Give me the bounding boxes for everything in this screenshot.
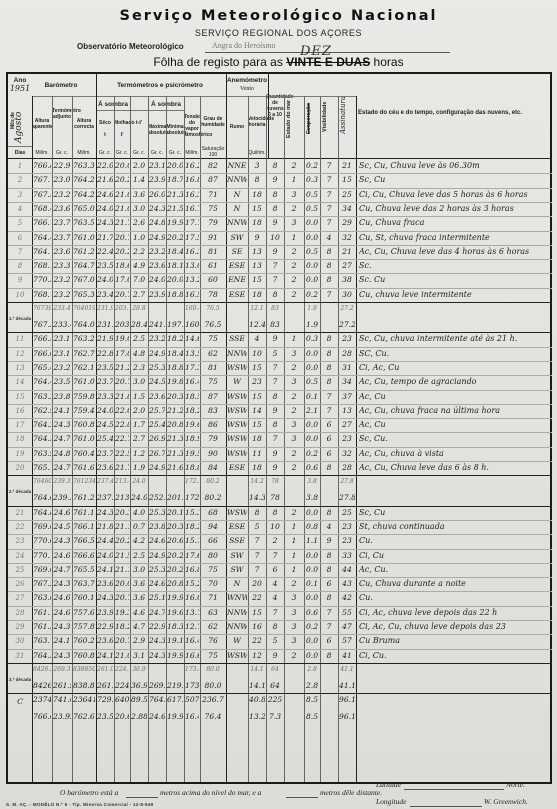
cell-min: 19.8 (167, 375, 183, 389)
cell-min: 20.2 (167, 549, 183, 563)
summary-seco: 237.4 (97, 475, 113, 489)
month-alt-ap: 2374630 (33, 693, 51, 707)
cell-alt-ap: 767.20 (33, 577, 51, 591)
cell-obs: Sc, Cu. (359, 432, 553, 446)
molhado-symbol: t' (114, 132, 130, 138)
cell-vis: 8 (321, 245, 337, 259)
row-divider (32, 96, 356, 97)
cell-seco: 23.4 (97, 288, 113, 302)
cell-ass: 27 (339, 259, 355, 273)
cell-molh: 20.2 (115, 245, 129, 259)
cell-tensao: 17.3 (185, 361, 199, 375)
cell-obs: Ci, Cu. (359, 649, 553, 663)
summary-vel: 14.1 (249, 663, 265, 677)
cell-t-adj: 24.6 (53, 606, 71, 620)
maxima-header: Máxima absoluta (148, 124, 166, 136)
cell-tensao: 17.5 (185, 231, 199, 245)
cell-diff: 1.5 (131, 390, 147, 404)
cell-min: 20.6 (167, 534, 183, 548)
cell-min: 20.0 (167, 159, 183, 173)
sheet-title-suffix: horas (374, 55, 404, 69)
cell-obs: Cu, Chuva durante a noite (359, 577, 553, 591)
cell-ass: 27 (339, 418, 355, 432)
month-diff: 89.5 (131, 693, 147, 707)
sheet-title: Fôlha de registo para as VINTE E DUAS ho… (0, 55, 557, 69)
cell-seco: 23.5 (97, 259, 113, 273)
cell-molh: 21.2 (115, 361, 129, 375)
cell-diff: 3.6 (131, 577, 147, 591)
cell-neb: 8 (267, 390, 283, 404)
cell-min: 18.8 (167, 288, 183, 302)
cell-mar: 2 (285, 273, 303, 287)
cell-alt-ap: 766.00 (33, 347, 51, 361)
cell-evap: 0.0 (305, 216, 319, 230)
summary-diff: 24.0 (131, 491, 147, 505)
cell-seco: 24.0 (97, 549, 113, 563)
cell-vis: 8 (321, 591, 337, 605)
cell-neb: 4 (267, 577, 283, 591)
cell-ass: 44 (339, 563, 355, 577)
cell-alt-corr: 766.61 (73, 549, 95, 563)
cell-tensao: 16.0 (185, 591, 199, 605)
cell-molh: 21.7 (115, 461, 129, 475)
cell-mar: 1 (285, 231, 303, 245)
cell-hum: 63 (201, 606, 225, 620)
month-vel: 40.8 (249, 693, 265, 707)
cell-seco: 25.4 (97, 432, 113, 446)
cell-dia: 13 (9, 361, 31, 375)
cell-min: 20.3 (167, 390, 183, 404)
cell-diff: 1.0 (131, 231, 147, 245)
cell-rumo: WSW (227, 432, 247, 446)
cell-obs: Ac, Cu, chuva fraca na última hora (359, 404, 553, 418)
unit-tensao: Milím. (184, 150, 200, 156)
cell-vel: 15 (249, 606, 265, 620)
cell-max: 23.2 (149, 332, 165, 346)
cell-alt-corr: 765.50 (73, 563, 95, 577)
cell-tensao: 14.6 (185, 332, 199, 346)
cell-diff: 3.6 (131, 188, 147, 202)
altura-correcta-header: Altura correcta (72, 118, 96, 130)
cell-diff: 2.2 (131, 245, 147, 259)
cell-molh: 21.0 (115, 202, 129, 216)
cell-vis: 7 (321, 159, 337, 173)
cell-diff: 2.5 (131, 549, 147, 563)
summary-molh: 224.1 (115, 679, 129, 693)
cell-obs: Sc. Cu (359, 273, 553, 287)
summary-t-adj: 269.3 (53, 663, 71, 677)
cell-mar: 2 (285, 649, 303, 663)
cell-rumo: N (227, 188, 247, 202)
cell-alt-ap: 766.85 (33, 159, 51, 173)
cell-dia: 18 (9, 432, 31, 446)
cell-diff: 3.0 (131, 202, 147, 216)
cell-neb: 9 (267, 404, 283, 418)
cell-min: 21.3 (167, 188, 183, 202)
cell-evap: 0.2 (305, 288, 319, 302)
cell-seco: 22.4 (97, 245, 113, 259)
cell-dia: 2 (9, 173, 31, 187)
cell-vis: 8 (321, 273, 337, 287)
cell-seco: 23.3 (97, 390, 113, 404)
cell-seco: 21.6 (97, 173, 113, 187)
cell-alt-corr: 763.21 (73, 332, 95, 346)
cell-molh: 22.0 (115, 404, 129, 418)
page-subtitle: SERVIÇO REGIONAL DOS AÇORES (0, 28, 557, 38)
cell-seco: 24.0 (97, 404, 113, 418)
cell-vis: 4 (321, 231, 337, 245)
cell-min: 18.4 (167, 347, 183, 361)
cell-tensao: 18.5 (185, 390, 199, 404)
cell-hum: 81 (201, 361, 225, 375)
vento-header: Vento (226, 86, 268, 92)
month-tensao: 507.0 (185, 693, 199, 707)
summary-alt-corr: 838.850 (73, 679, 95, 693)
cell-evap: 0.5 (305, 188, 319, 202)
altura-aparente-header: Altura aparente (32, 118, 52, 130)
cell-evap: 0.0 (305, 549, 319, 563)
cell-neb: 5 (267, 347, 283, 361)
cell-evap: 0.2 (305, 447, 319, 461)
summary-ass: 41.1 (339, 663, 355, 677)
cell-tensao: 13.5 (185, 347, 199, 361)
longitude-line (410, 806, 482, 807)
cell-alt-corr: 760.18 (73, 591, 95, 605)
cell-max: 24.3 (149, 649, 165, 663)
cell-vis: 8 (321, 375, 337, 389)
cell-mar: 2 (285, 404, 303, 418)
cell-rumo: N (227, 577, 247, 591)
cell-hum: 70 (201, 577, 225, 591)
cell-hum: 81 (201, 245, 225, 259)
cell-dia: 17 (9, 418, 31, 432)
visibilidade-header: Visibilidade (322, 92, 336, 142)
cell-obs: Ac, Cu. (359, 563, 553, 577)
summary-vel: 14.3 (249, 491, 265, 505)
summary-max (149, 663, 165, 677)
cell-vel: 10 (249, 347, 265, 361)
cell-evap: 0.3 (305, 332, 319, 346)
unit-altura-correcta: Milím. (72, 150, 96, 156)
cell-mar: 2 (285, 245, 303, 259)
cell-neb: 7 (267, 259, 283, 273)
cell-vel: 18 (249, 188, 265, 202)
cell-obs: Ci, Cu (359, 549, 553, 563)
cell-hum: 75 (201, 202, 225, 216)
cell-neb: 9 (267, 447, 283, 461)
unit-velocidade: Quilóm. (248, 150, 266, 156)
cell-vel: 4 (249, 332, 265, 346)
anemometro-header: Anemómetro (226, 77, 268, 84)
cell-dia: 1 (9, 159, 31, 173)
cell-vis: 8 (321, 332, 337, 346)
cell-evap: 0.0 (305, 432, 319, 446)
cell-alt-ap: 763.25 (33, 390, 51, 404)
summary-neb: 83 (267, 318, 283, 332)
cell-dia: 31 (9, 649, 31, 663)
summary-hum: 80.2 (201, 475, 225, 489)
cell-alt-ap: 764.25 (33, 418, 51, 432)
cell-rumo: NNE (227, 159, 247, 173)
cell-rumo: SW (227, 231, 247, 245)
cell-hum: 60 (201, 273, 225, 287)
cell-vis: 8 (321, 461, 337, 475)
cell-vis: 8 (321, 549, 337, 563)
cell-vis: 6 (321, 418, 337, 432)
cell-seco: 23.6 (97, 577, 113, 591)
cell-evap: 0.0 (305, 563, 319, 577)
cell-vis: 8 (321, 649, 337, 663)
cell-min: 20.0 (167, 273, 183, 287)
cell-max: 24.0 (149, 273, 165, 287)
summary-neb: 78 (267, 475, 283, 489)
cell-seco: 24.6 (97, 188, 113, 202)
cell-t-adj: 23.7 (53, 231, 71, 245)
cell-alt-corr: 766.54 (73, 534, 95, 548)
cell-min: 21.3 (167, 432, 183, 446)
cell-alt-corr: 762.10 (73, 361, 95, 375)
cell-alt-ap: 764.50 (33, 432, 51, 446)
cell-seco: 24.0 (97, 273, 113, 287)
cell-max: 24.6 (149, 577, 165, 591)
cell-evap: 0.6 (305, 606, 319, 620)
evaporacao-header: Evaporação (306, 88, 320, 148)
cell-min: 19.6 (167, 606, 183, 620)
cell-alt-ap: 766.75 (33, 216, 51, 230)
cell-molh: 20.7 (115, 231, 129, 245)
cell-t-adj: 24.8 (53, 447, 71, 461)
cell-alt-corr: 764.23 (73, 188, 95, 202)
cell-obs: Ac, Cu, tempo de agraciando (359, 375, 553, 389)
cell-dia: 11 (9, 332, 31, 346)
cell-molh: 21.1 (115, 563, 129, 577)
cell-diff: 4.0 (131, 506, 147, 520)
seco-header: Sêco (96, 120, 114, 126)
cell-ass: 38 (339, 273, 355, 287)
cell-alt-corr: 757.65 (73, 606, 95, 620)
summary-ass: 41.1 (339, 679, 355, 693)
cell-vis: 6 (321, 432, 337, 446)
cell-tensao: 13.7 (185, 606, 199, 620)
model-line: S. M. AÇ. - MODÊLO N.º 5 - Tip. Minerva … (6, 802, 153, 807)
cell-neb: 7 (267, 375, 283, 389)
cell-ass: 25 (339, 506, 355, 520)
page-title: Serviço Meteorológico Nacional (0, 8, 557, 24)
cell-dia: 6 (9, 231, 31, 245)
cell-min: 19.9 (167, 649, 183, 663)
month-t-adj: 23.92 (53, 710, 71, 724)
cell-ass: 23 (339, 332, 355, 346)
ano-label: Ano (10, 77, 30, 84)
longitude-suffix: W. Greenwich. (484, 797, 528, 806)
month-molh: 20.66 (115, 710, 129, 724)
minima-header: Mínima absoluta (166, 124, 184, 136)
cell-molh: 18.2 (115, 620, 129, 634)
row-divider (8, 146, 32, 147)
cell-seco: 24.3 (97, 591, 113, 605)
cell-mar: 3 (285, 634, 303, 648)
cell-neb: 9 (267, 245, 283, 259)
ano-value: 1951 (8, 84, 32, 93)
summary-evap: 3.8 (305, 491, 319, 505)
cell-evap: 0.0 (305, 273, 319, 287)
summary-seco: 261.0 (97, 679, 113, 693)
cell-t-adj: 23.3 (53, 259, 71, 273)
cell-diff: 1.2 (131, 447, 147, 461)
cell-seco: 21.9 (97, 332, 113, 346)
summary-t-adj: 239.3 (53, 475, 71, 489)
summary-neb: 64 (267, 679, 283, 693)
cell-molh: 20.7 (115, 591, 129, 605)
cell-max: 24.9 (149, 461, 165, 475)
cell-vel: 11 (249, 447, 265, 461)
cell-evap: 0.1 (305, 390, 319, 404)
cell-hum: 91 (201, 231, 225, 245)
cell-obs: Ci, Cu, Chuva leve das 5 horas às 6 hora… (359, 188, 553, 202)
cell-rumo: WSW (227, 649, 247, 663)
cell-vis: 7 (321, 288, 337, 302)
summary-max: 269.8 (149, 679, 165, 693)
cell-evap: 0.0 (305, 506, 319, 520)
cell-rumo: W (227, 375, 247, 389)
cell-obs: Sc, Cu, chuva intermitente até às 21 h. (359, 332, 553, 346)
cell-diff: 7.0 (131, 273, 147, 287)
cell-neb: 9 (267, 173, 283, 187)
cell-ass: 57 (339, 634, 355, 648)
summary-tensao: 160.4 (185, 302, 199, 316)
cell-dia: 12 (9, 347, 31, 361)
cell-alt-ap: 761.30 (33, 620, 51, 634)
cell-alt-ap: 764.40 (33, 231, 51, 245)
cell-min: 21.6 (167, 461, 183, 475)
summary-diff: 36.9 (131, 679, 147, 693)
cell-diff: 2.0 (131, 159, 147, 173)
cell-obs: Ci, Ac, Cu (359, 361, 553, 375)
cell-evap: 0.5 (305, 202, 319, 216)
cell-alt-corr: 761.06 (73, 375, 95, 389)
cell-seco: 24.0 (97, 202, 113, 216)
summary-diff: 24.0 (131, 475, 147, 489)
latitude-label: Latitude (376, 780, 401, 789)
column-divider (268, 74, 269, 158)
summary-molh: 203.1 (115, 302, 129, 316)
cell-obs: Cu, Chuva fraca (359, 216, 553, 230)
summary-alt-ap: 764605 (33, 475, 51, 489)
summary-alt-corr: 764.019 (73, 318, 95, 332)
cell-t-adj: 23.5 (53, 375, 71, 389)
cell-neb: 9 (267, 461, 283, 475)
cell-diff: 3.1 (131, 649, 147, 663)
cell-evap: 0.0 (305, 361, 319, 375)
cell-diff: 1.7 (131, 418, 147, 432)
cell-neb: 8 (267, 506, 283, 520)
summary-max (149, 302, 165, 316)
summary-ass: 27.8 (339, 491, 355, 505)
cell-hum: 79 (201, 216, 225, 230)
cell-rumo: NNW (227, 216, 247, 230)
cell-diff: 4.2 (131, 534, 147, 548)
cell-ass: 23 (339, 432, 355, 446)
cell-vis: 7 (321, 216, 337, 230)
summary-alt-corr: 761234 (73, 475, 95, 489)
cell-vel: 18 (249, 461, 265, 475)
summary-alt-ap: 8426.55 (33, 679, 51, 693)
cell-molh: 21.5 (115, 549, 129, 563)
cell-tensao: 16.3 (185, 245, 199, 259)
cell-t-adj: 22.9 (53, 159, 71, 173)
cell-diff: 2.7 (131, 288, 147, 302)
cell-rumo: W (227, 634, 247, 648)
cell-tensao: 13.2 (185, 273, 199, 287)
cell-hum: 71 (201, 591, 225, 605)
cell-hum: 87 (201, 173, 225, 187)
decade-label: 1.ª década (8, 316, 32, 321)
termometro-adjunto-header: Termómetro adjunto (52, 108, 72, 120)
grau-humidade-header: Grau de humidade (200, 116, 226, 128)
cell-mar: 1 (285, 549, 303, 563)
cell-dia: 20 (9, 461, 31, 475)
cell-ass: 30 (339, 288, 355, 302)
summary-evap: 1.9 (305, 318, 319, 332)
cell-alt-corr: 761.02 (73, 432, 95, 446)
cell-alt-corr: 760.29 (73, 634, 95, 648)
cell-mar: 3 (285, 591, 303, 605)
cell-max: 23.9 (149, 288, 165, 302)
cell-vis: 6 (321, 634, 337, 648)
summary-diff: 36.9 (131, 663, 147, 677)
cell-mar: 2 (285, 361, 303, 375)
cell-t-adj: 23.2 (53, 188, 71, 202)
summary-tensao: 173.8 (185, 679, 199, 693)
barometer-note-3: metros dêle distante. (320, 788, 382, 797)
month-vel: 13.2 (249, 710, 265, 724)
cell-evap: 0.5 (305, 245, 319, 259)
summary-seco: 231.9 (97, 302, 113, 316)
cell-neb: 4 (267, 591, 283, 605)
cell-min: 19.1 (167, 634, 183, 648)
cell-mar: 2 (285, 288, 303, 302)
cell-molh: 22.8 (115, 418, 129, 432)
cell-t-adj: 23.2 (53, 361, 71, 375)
month-ass: 96.1 (339, 693, 355, 707)
unit-t-diff: Gr. c. (130, 150, 148, 156)
cell-ass: 13 (339, 404, 355, 418)
cell-diff: 1.4 (131, 173, 147, 187)
cell-dia: 5 (9, 216, 31, 230)
cell-molh: 22.5 (115, 447, 129, 461)
unit-termometro-adjunto: Gr. c. (52, 150, 72, 156)
cell-tensao: 19.6 (185, 418, 199, 432)
cell-max: 24.6 (149, 534, 165, 548)
cell-evap: 1.1 (305, 534, 319, 548)
cell-obs: Sc, Cu (359, 173, 553, 187)
cell-mar: 3 (285, 188, 303, 202)
summary-tensao: 173.8 (185, 663, 199, 677)
barometer-note-1: O barómetro está a (60, 788, 118, 797)
cell-rumo: WSW (227, 418, 247, 432)
cell-molh: 21.8 (115, 390, 129, 404)
month-evap: 8.5 (305, 693, 319, 707)
cell-ass: 21 (339, 159, 355, 173)
cell-alt-ap: 766.50 (33, 332, 51, 346)
barometer-height-line (126, 797, 158, 798)
cell-min: 20.2 (167, 563, 183, 577)
cell-rumo: SSE (227, 534, 247, 548)
cell-evap: 0.0 (305, 259, 319, 273)
cell-vis: 9 (321, 534, 337, 548)
month-hum: 236.7 (201, 693, 225, 707)
cell-vel: 15 (249, 418, 265, 432)
